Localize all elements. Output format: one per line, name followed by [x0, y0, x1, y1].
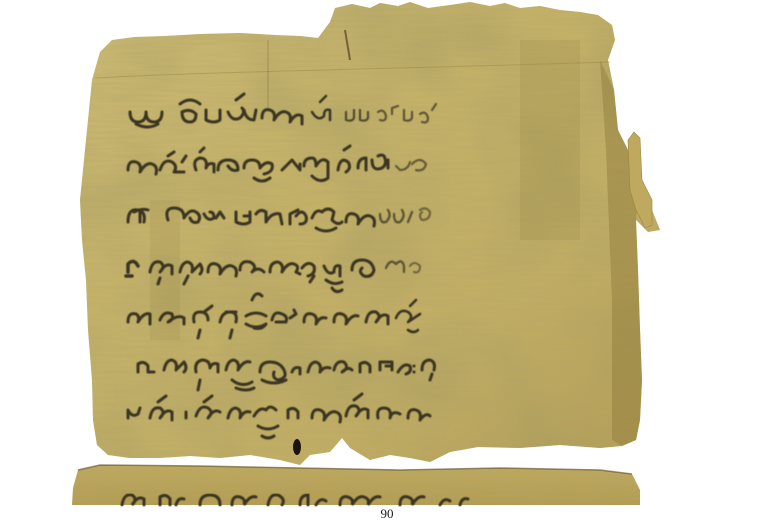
lower-folio	[72, 465, 640, 505]
page-number: 90	[0, 506, 774, 522]
manuscript-scan	[0, 0, 774, 527]
